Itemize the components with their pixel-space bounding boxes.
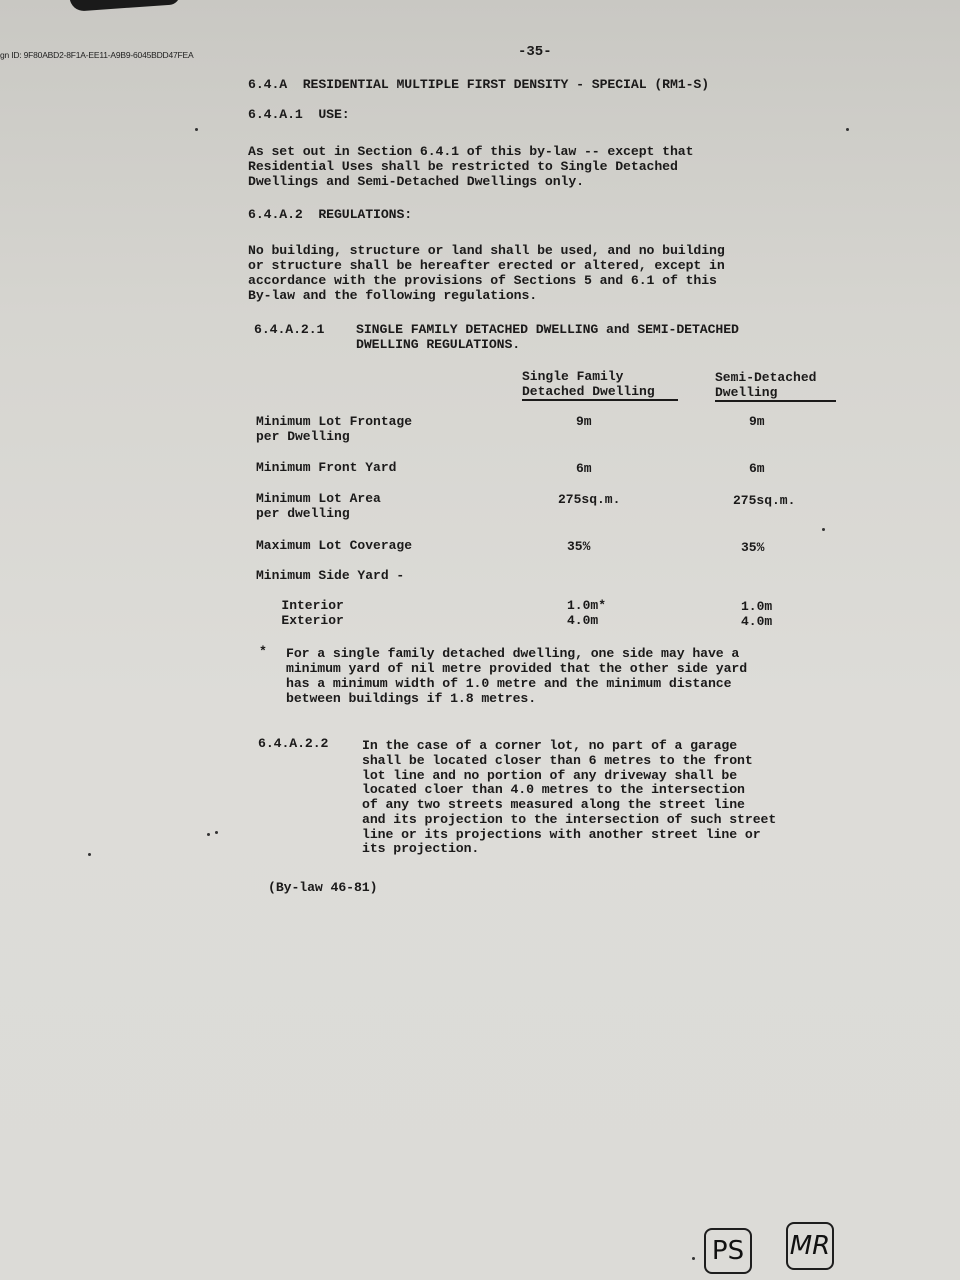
column-header-semi-detached: Semi-Detached — [715, 370, 816, 385]
footnote-line: For a single family detached dwelling, o… — [286, 646, 739, 661]
regulations-title: 6.4.A.2 REGULATIONS: — [248, 207, 412, 222]
table-row-label: Maximum Lot Coverage — [256, 538, 412, 553]
subsection-1-title-line: DWELLING REGULATIONS. — [356, 337, 520, 352]
scan-speck — [207, 833, 210, 836]
subsection-2-line: line or its projections with another str… — [362, 827, 761, 842]
table-cell-value: 4.0m — [741, 614, 772, 629]
table-cell-value: 275sq.m. — [558, 492, 620, 507]
subsection-2-line: of any two streets measured along the st… — [362, 797, 745, 812]
initials-box: PS — [704, 1228, 752, 1274]
table-cell-value: 35% — [567, 539, 590, 554]
subsection-2-line: located cloer than 4.0 metres to the int… — [362, 782, 745, 797]
table-cell-value: 1.0m — [741, 599, 772, 614]
subsection-2-line: and its projection to the intersection o… — [362, 812, 776, 827]
scan-speck — [195, 128, 198, 131]
subsection-1-title-line: SINGLE FAMILY DETACHED DWELLING and SEMI… — [356, 322, 739, 337]
scan-speck — [846, 128, 849, 131]
table-cell-value: 275sq.m. — [733, 493, 795, 508]
docusign-envelope-id: gn ID: 9F80ABD2-8F1A-EE11-A9B9-6045BDD47… — [0, 50, 193, 60]
regulations-paragraph-line: accordance with the provisions of Sectio… — [248, 273, 717, 288]
subsection-2-line: shall be located closer than 6 metres to… — [362, 753, 753, 768]
footnote-line: between buildings if 1.8 metres. — [286, 691, 536, 706]
use-paragraph-line: Residential Uses shall be restricted to … — [248, 159, 678, 174]
table-cell-value: 9m — [749, 414, 765, 429]
table-row-label: Minimum Side Yard - — [256, 568, 404, 583]
subsection-2-line: In the case of a corner lot, no part of … — [362, 738, 737, 753]
column-header-underline — [715, 400, 836, 402]
table-row-label: per dwelling — [256, 506, 350, 521]
table-cell-value: 4.0m — [567, 613, 598, 628]
regulations-paragraph-line: No building, structure or land shall be … — [248, 243, 725, 258]
initials-box: MR — [786, 1222, 834, 1270]
footnote-line: has a minimum width of 1.0 metre and the… — [286, 676, 731, 691]
table-cell-value: 9m — [576, 414, 592, 429]
table-cell-value: 6m — [749, 461, 765, 476]
scan-speck — [692, 1257, 695, 1260]
column-header-single-family: Single Family — [522, 369, 623, 384]
use-paragraph-line: As set out in Section 6.4.1 of this by-l… — [248, 144, 693, 159]
subsection-1-number: 6.4.A.2.1 — [254, 322, 324, 337]
column-header-single-family: Detached Dwelling — [522, 384, 655, 399]
use-paragraph-line: Dwellings and Semi-Detached Dwellings on… — [248, 174, 584, 189]
scan-speck — [215, 831, 218, 834]
use-title: 6.4.A.1 USE: — [248, 107, 350, 122]
table-cell-value: 35% — [741, 540, 764, 555]
table-cell-value: 6m — [576, 461, 592, 476]
scanned-document-page: gn ID: 9F80ABD2-8F1A-EE11-A9B9-6045BDD47… — [0, 0, 960, 1280]
scan-speck — [88, 853, 91, 856]
footnote-marker: * — [259, 644, 267, 659]
scan-artifact-streak — [70, 0, 181, 12]
table-row-label: Minimum Lot Frontage — [256, 414, 412, 429]
regulations-paragraph-line: or structure shall be hereafter erected … — [248, 258, 725, 273]
table-row-label: Interior — [258, 598, 344, 613]
column-header-semi-detached: Dwelling — [715, 385, 777, 400]
regulations-paragraph-line: By-law and the following regulations. — [248, 288, 537, 303]
column-header-underline — [522, 399, 678, 401]
page-number: -35- — [518, 44, 552, 60]
table-cell-value: 1.0m* — [567, 598, 606, 613]
bylaw-reference: (By-law 46-81) — [268, 880, 377, 895]
subsection-2-number: 6.4.A.2.2 — [258, 736, 328, 751]
subsection-2-line: lot line and no portion of any driveway … — [362, 768, 737, 783]
table-row-label: Exterior — [258, 613, 344, 628]
section-heading: 6.4.A RESIDENTIAL MULTIPLE FIRST DENSITY… — [248, 77, 709, 92]
table-row-label: per Dwelling — [256, 429, 350, 444]
table-row-label: Minimum Front Yard — [256, 460, 396, 475]
footnote-line: minimum yard of nil metre provided that … — [286, 661, 747, 676]
table-row-label: Minimum Lot Area — [256, 491, 381, 506]
subsection-2-line: its projection. — [362, 841, 479, 856]
scan-speck — [822, 528, 825, 531]
